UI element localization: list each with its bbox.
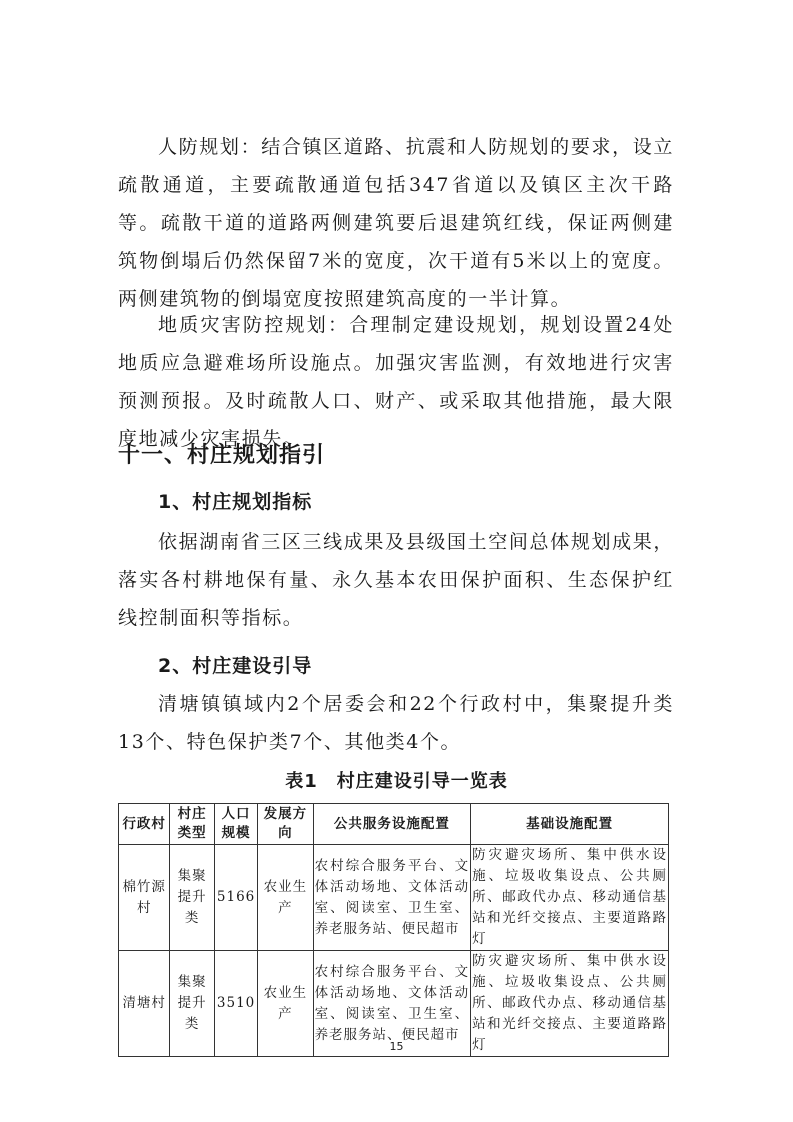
cell-village: 棉竹源村 xyxy=(119,845,170,951)
cell-infrastructure: 防灾避灾场所、集中供水设施、垃圾收集设点、公共厕所、邮政代办点、移动通信基站和光… xyxy=(471,845,669,951)
header-type: 村庄类型 xyxy=(170,804,215,845)
village-guidance-table: 行政村 村庄类型 人口规模 发展方向 公共服务设施配置 基础设施配置 棉竹源村 … xyxy=(118,803,669,1057)
paragraph-civil-defense: 人防规划：结合镇区道路、抗震和人防规划的要求，设立疏散通道，主要疏散通道包括34… xyxy=(118,128,674,318)
table-caption: 表1 村庄建设引导一览表 xyxy=(0,767,793,793)
subheading-planning-indicators: 1、村庄规划指标 xyxy=(158,487,312,514)
cell-public-services: 农村综合服务平台、文体活动场地、文体活动室、阅读室、卫生室、养老服务站、便民超市 xyxy=(313,845,471,951)
cell-direction: 农业生产 xyxy=(258,845,313,951)
subheading-construction-guidance: 2、村庄建设引导 xyxy=(158,651,312,678)
table-row: 棉竹源村 集聚提升类 5166 农业生产 农村综合服务平台、文体活动场地、文体活… xyxy=(119,845,669,951)
header-direction: 发展方向 xyxy=(258,804,313,845)
paragraph-construction: 清塘镇镇域内2个居委会和22个行政村中，集聚提升类13个、特色保护类7个、其他类… xyxy=(118,685,674,761)
header-village: 行政村 xyxy=(119,804,170,845)
page-number: 15 xyxy=(0,1040,793,1053)
paragraph-geo-hazard: 地质灾害防控规划：合理制定建设规划，规划设置24处地质应急避难场所设施点。加强灾… xyxy=(118,306,674,458)
header-infrastructure: 基础设施配置 xyxy=(471,804,669,845)
table-header-row: 行政村 村庄类型 人口规模 发展方向 公共服务设施配置 基础设施配置 xyxy=(119,804,669,845)
header-population: 人口规模 xyxy=(214,804,257,845)
cell-type: 集聚提升类 xyxy=(170,845,215,951)
paragraph-indicators: 依据湖南省三区三线成果及县级国土空间总体规划成果，落实各村耕地保有量、永久基本农… xyxy=(118,523,674,637)
section-heading-village-planning: 十一、村庄规划指引 xyxy=(118,438,325,469)
document-page: 人防规划：结合镇区道路、抗震和人防规划的要求，设立疏散通道，主要疏散通道包括34… xyxy=(0,0,793,1122)
cell-population: 5166 xyxy=(214,845,257,951)
header-public-services: 公共服务设施配置 xyxy=(313,804,471,845)
